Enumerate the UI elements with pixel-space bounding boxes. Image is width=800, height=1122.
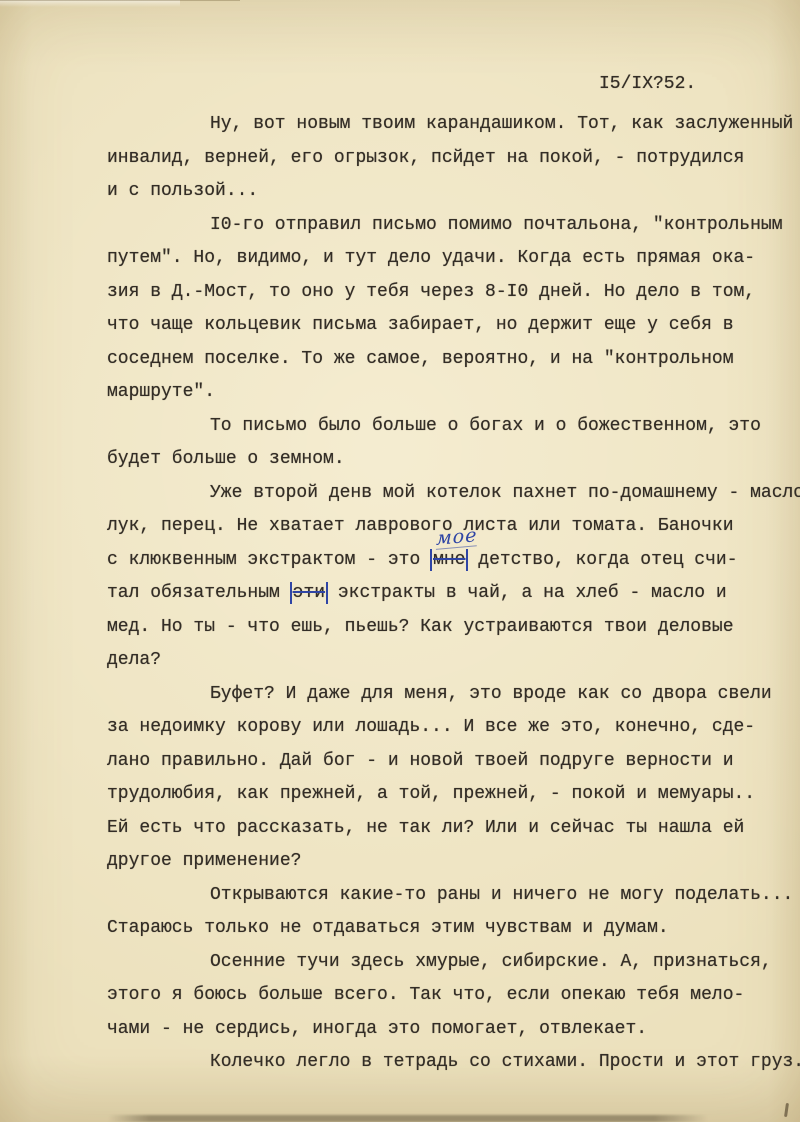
typed-text: Открываются какие-то раны и ничего не мо…	[210, 885, 793, 905]
typed-line: путем". Но, видимо, и тут дело удачи. Ко…	[107, 242, 800, 276]
typed-text: дела?	[107, 650, 161, 670]
struck-word: эти	[290, 582, 328, 604]
typed-text: То письмо было больше о богах и о божест…	[210, 416, 761, 436]
typed-line: мед. Но ты - что ешь, пьешь? Как устраив…	[107, 611, 800, 645]
typed-text: маршруте".	[107, 382, 215, 402]
typed-line: Ну, вот новым твоим карандашиком. Тот, к…	[107, 108, 800, 142]
typed-text: мед. Но ты - что ешь, пьешь? Как устраив…	[107, 617, 734, 637]
typed-text: лано правильно. Дай бог - и новой твоей …	[107, 751, 734, 771]
typed-line: Уже второй денв мой котелок пахнет по-до…	[107, 477, 800, 511]
typed-line: с клюквенным экстрактом - это мнемое дет…	[107, 544, 800, 578]
typed-text: что чаще кольцевик письма забирает, но д…	[107, 315, 734, 335]
typed-line: чами - не сердись, иногда это помогает, …	[107, 1013, 800, 1047]
typed-line: этого я боюсь больше всего. Так что, есл…	[107, 979, 800, 1013]
typed-text: путем". Но, видимо, и тут дело удачи. Ко…	[107, 248, 755, 268]
typed-text: Осенние тучи здесь хмурые, сибирские. А,…	[210, 952, 772, 972]
letter-body: Ну, вот новым твоим карандашиком. Тот, к…	[107, 108, 800, 1080]
typed-text: инвалид, верней, его огрызок, псйдет на …	[107, 148, 744, 168]
typed-text: Ей есть что рассказать, не так ли? Или и…	[107, 818, 744, 838]
typed-text: чами - не сердись, иногда это помогает, …	[107, 1019, 647, 1039]
typed-text: и с пользой...	[107, 181, 258, 201]
typed-text: за недоимку корову или лошадь... И все ж…	[107, 717, 755, 737]
typed-text: I0-го отправил письмо помимо почтальона,…	[210, 215, 783, 235]
typed-line: То письмо было больше о богах и о божест…	[107, 410, 800, 444]
typed-line: лано правильно. Дай бог - и новой твоей …	[107, 745, 800, 779]
typed-text: лук, перец. Не хватает лаврового листа и…	[107, 516, 734, 536]
letter-page: I5/IX?52. Ну, вот новым твоим карандашик…	[0, 0, 800, 1122]
typed-text: другое применение?	[107, 851, 301, 871]
typed-text: трудолюбия, как прежней, а той, прежней,…	[107, 784, 755, 804]
typed-line: дела?	[107, 644, 800, 678]
typed-line: и с пользой...	[107, 175, 800, 209]
typed-line: Открываются какие-то раны и ничего не мо…	[107, 879, 800, 913]
typed-line: что чаще кольцевик письма забирает, но д…	[107, 309, 800, 343]
paper-edge-line	[0, 0, 240, 1]
typed-line: маршруте".	[107, 376, 800, 410]
typed-text: Колечко легло в тетрадь со стихами. Прос…	[210, 1052, 800, 1072]
typed-line: Стараюсь только не отдаваться этим чувст…	[107, 912, 800, 946]
typed-line: тал обязательным эти экстракты в чай, а …	[107, 577, 800, 611]
typed-line: соседнем поселке. То же самое, вероятно,…	[107, 343, 800, 377]
typed-text: этого я боюсь больше всего. Так что, есл…	[107, 985, 744, 1005]
typed-line: за недоимку корову или лошадь... И все ж…	[107, 711, 800, 745]
typed-text: Ну, вот новым твоим карандашиком. Тот, к…	[210, 114, 793, 134]
typed-line: Осенние тучи здесь хмурые, сибирские. А,…	[107, 946, 800, 980]
typed-line: другое применение?	[107, 845, 800, 879]
scan-shadow	[108, 1115, 708, 1122]
typed-text: Стараюсь только не отдаваться этим чувст…	[107, 918, 669, 938]
typed-line: I0-го отправил письмо помимо почтальона,…	[107, 209, 800, 243]
typed-text: детство, когда отец счи-	[467, 550, 737, 570]
typed-text: тал обязательным	[107, 583, 291, 603]
typed-line: трудолюбия, как прежней, а той, прежней,…	[107, 778, 800, 812]
typed-text: экстракты в чай, а на хлеб - масло и	[327, 583, 727, 603]
typed-line: Колечко легло в тетрадь со стихами. Прос…	[107, 1046, 800, 1080]
ink-speck	[784, 1103, 789, 1117]
typed-line: Буфет? И даже для меня, это вроде как со…	[107, 678, 800, 712]
typed-line: будет больше о земном.	[107, 443, 800, 477]
letter-date: I5/IX?52.	[599, 72, 696, 96]
typed-line: зия в Д.-Мост, то оно у тебя через 8-I0 …	[107, 276, 800, 310]
typed-text: будет больше о земном.	[107, 449, 345, 469]
typed-text: зия в Д.-Мост, то оно у тебя через 8-I0 …	[107, 282, 755, 302]
typed-text: Буфет? И даже для меня, это вроде как со…	[210, 684, 772, 704]
typed-text: Уже второй денв мой котелок пахнет по-до…	[210, 483, 800, 503]
typed-line: Ей есть что рассказать, не так ли? Или и…	[107, 812, 800, 846]
typed-line: инвалид, верней, его огрызок, псйдет на …	[107, 142, 800, 176]
paper-edge-highlight	[0, 0, 180, 7]
struck-word: мнемое	[430, 549, 468, 571]
typed-text: с клюквенным экстрактом - это	[107, 550, 431, 570]
handwritten-correction: мое	[436, 526, 478, 550]
typed-text: соседнем поселке. То же самое, вероятно,…	[107, 349, 734, 369]
